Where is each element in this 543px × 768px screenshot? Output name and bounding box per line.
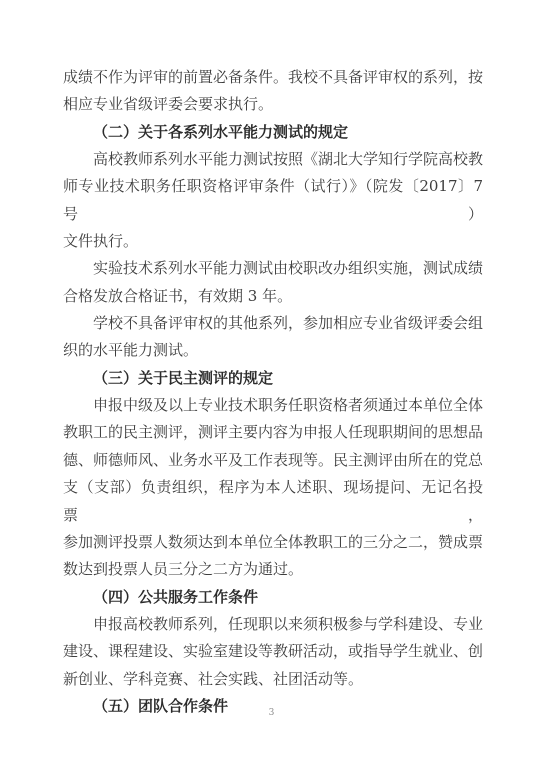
document-page: 成绩不作为评审的前置必备条件。我校不具备评审权的系列，按相应专业省级评委会要求执… [0,0,543,768]
text-line: 数达到投票人员三分之二方为通过。 [63,556,483,583]
text-line: 申报高校教师系列，任现职以来须积极参与学科建设、专业 [63,611,483,638]
text-line: 德、师德师风、业务水平及工作表现等。民主测评由所在的党总 [63,447,483,474]
text-line: 教职工的民主测评，测评主要内容为申报人任现职期间的思想品 [63,419,483,446]
text-line: 高校教师系列水平能力测试按照《湖北大学知行学院高校教 [63,146,483,173]
text-line: 学校不具备评审权的其他系列，参加相应专业省级评委会组 [63,310,483,337]
text-line: 实验技术系列水平能力测试由校职改办组织实施，测试成绩 [63,255,483,282]
text-line: 建设、课程建设、实验室建设等教研活动，或指导学生就业、创 [63,638,483,665]
text-line: 申报中级及以上专业技术职务任职资格者须通过本单位全体 [63,392,483,419]
text-line: 新创业、学科竞赛、社会实践、社团活动等。 [63,666,483,693]
heading-line: （四）公共服务工作条件 [63,584,483,611]
text-line: 文件执行。 [63,228,483,255]
text-line: 合格发放合格证书，有效期 3 年。 [63,283,483,310]
page-number: 3 [0,706,543,720]
text-line: 织的水平能力测试。 [63,337,483,364]
text-line: 支（支部）负责组织，程序为本人述职、现场提问、无记名投票， [63,474,483,529]
text-line: 参加测评投票人数须达到本单位全体教职工的三分之二，赞成票 [63,529,483,556]
text-line: 相应专业省级评委会要求执行。 [63,91,483,118]
text-line: 成绩不作为评审的前置必备条件。我校不具备评审权的系列，按 [63,64,483,91]
text-block: 成绩不作为评审的前置必备条件。我校不具备评审权的系列，按相应专业省级评委会要求执… [63,64,483,720]
heading-line: （三）关于民主测评的规定 [63,365,483,392]
heading-line: （二）关于各系列水平能力测试的规定 [63,119,483,146]
text-line: 师专业技术职务任职资格评审条件（试行）》（院发〔2017〕7 号） [63,173,483,228]
